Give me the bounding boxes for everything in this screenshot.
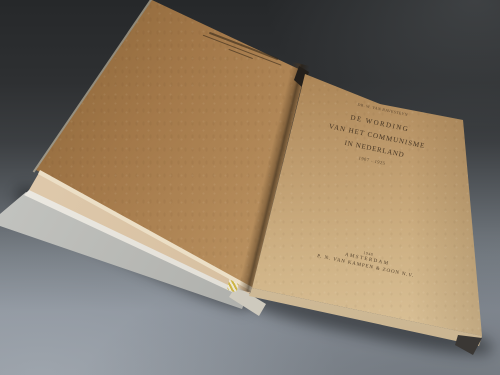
photo-of-open-book: DR. W. VAN RAVESTEYN DE WORDING VAN HET … [0,0,500,375]
